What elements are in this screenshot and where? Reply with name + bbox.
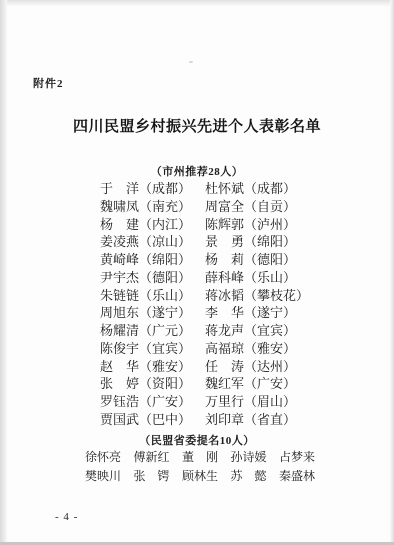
name-row: 赵 华（雅安） 任 涛（达州） (100, 358, 315, 376)
name-left: 杨 建（内江） (100, 216, 205, 234)
name: 樊映川 (85, 467, 121, 486)
name-right: 蒋冰韬（攀枝花） (205, 287, 315, 305)
scan-edge-right (390, 0, 394, 545)
name-row: 贾国武（巴中） 刘印章（省直） (100, 411, 315, 429)
name-row: 杨耀清（广元） 蒋龙声（宜宾） (100, 322, 315, 340)
name-row: 徐怀亮 傅新红 董 刚 孙诗媛 占梦来 (85, 448, 315, 467)
name-right: 陈辉郭（泸州） (205, 216, 315, 234)
name-right: 任 涛（达州） (205, 358, 315, 376)
name-left: 黄崎峰（绵阳） (100, 251, 205, 269)
scan-edge-top (0, 0, 394, 6)
page-title: 四川民盟乡村振兴先进个人表彰名单 (0, 115, 394, 136)
name-left: 陈俊宇（宜宾） (100, 340, 205, 358)
name-row: 张 婷（资阳） 魏红军（广安） (100, 375, 315, 393)
name-right: 景 勇（绵阳） (205, 233, 315, 251)
name-left: 罗钰浩（广安） (100, 393, 205, 411)
name-right: 杜怀斌（成都） (205, 180, 315, 198)
name-row: 姜凌燕（凉山） 景 勇（绵阳） (100, 233, 315, 251)
name-row: 杨 建（内江） 陈辉郭（泸州） (100, 216, 315, 234)
name-left: 贾国武（巴中） (100, 411, 205, 429)
scan-speck-artifact (189, 61, 193, 63)
name-row: 罗钰浩（广安） 万里行（眉山） (100, 393, 315, 411)
name-right: 高福琼（雅安） (205, 340, 315, 358)
name: 占梦来 (279, 448, 315, 467)
name-left: 尹宇杰（德阳） (100, 269, 205, 287)
name-row: 樊映川 张 锷 顾林生 苏 懿 秦盛林 (85, 467, 315, 486)
city-recommended-name-list: 于 洋（成都） 杜怀斌（成都） 魏啸凤（南充） 周富全（自贡） 杨 建（内江） … (100, 180, 315, 429)
name-row: 黄崎峰（绵阳） 杨 莉（德阳） (100, 251, 315, 269)
name: 傅新红 (133, 448, 169, 467)
name-right: 蒋龙声（宜宾） (205, 322, 315, 340)
name: 秦盛林 (279, 467, 315, 486)
name-row: 陈俊宇（宜宾） 高福琼（雅安） (100, 340, 315, 358)
section-provincial-header: （民盟省委提名10人） (0, 432, 394, 448)
provincial-nominated-name-list: 徐怀亮 傅新红 董 刚 孙诗媛 占梦来 樊映川 张 锷 顾林生 苏 懿 秦盛林 (85, 448, 315, 485)
name: 张 锷 (133, 467, 169, 486)
name-left: 朱链链（乐山） (100, 287, 205, 305)
section-city-header: （市州推荐28人） (0, 163, 394, 179)
attachment-label: 附件2 (33, 75, 64, 91)
name-row: 魏啸凤（南充） 周富全（自贡） (100, 198, 315, 216)
name-row: 周旭东（遂宁） 李 华（遂宁） (100, 304, 315, 322)
name-right: 万里行（眉山） (205, 393, 315, 411)
name-left: 张 婷（资阳） (100, 375, 205, 393)
name-right: 刘印章（省直） (205, 411, 315, 429)
name: 苏 懿 (230, 467, 266, 486)
name-right: 周富全（自贡） (205, 198, 315, 216)
name-row: 尹宇杰（德阳） 薛科峰（乐山） (100, 269, 315, 287)
name: 孙诗媛 (230, 448, 266, 467)
name: 顾林生 (182, 467, 218, 486)
name-left: 杨耀清（广元） (100, 322, 205, 340)
name-right: 杨 莉（德阳） (205, 251, 315, 269)
name-left: 魏啸凤（南充） (100, 198, 205, 216)
name-right: 魏红军（广安） (205, 375, 315, 393)
name-left: 于 洋（成都） (100, 180, 205, 198)
name-left: 周旭东（遂宁） (100, 304, 205, 322)
name-right: 薛科峰（乐山） (205, 269, 315, 287)
page-number: - 4 - (55, 511, 78, 523)
document-page: 附件2 四川民盟乡村振兴先进个人表彰名单 （市州推荐28人） 于 洋（成都） 杜… (0, 0, 394, 545)
name-row: 于 洋（成都） 杜怀斌（成都） (100, 180, 315, 198)
name: 徐怀亮 (85, 448, 121, 467)
name-left: 赵 华（雅安） (100, 358, 205, 376)
scan-edge-left (0, 0, 7, 545)
name-right: 李 华（遂宁） (205, 304, 315, 322)
name-row: 朱链链（乐山） 蒋冰韬（攀枝花） (100, 287, 315, 305)
name: 董 刚 (182, 448, 218, 467)
name-left: 姜凌燕（凉山） (100, 233, 205, 251)
